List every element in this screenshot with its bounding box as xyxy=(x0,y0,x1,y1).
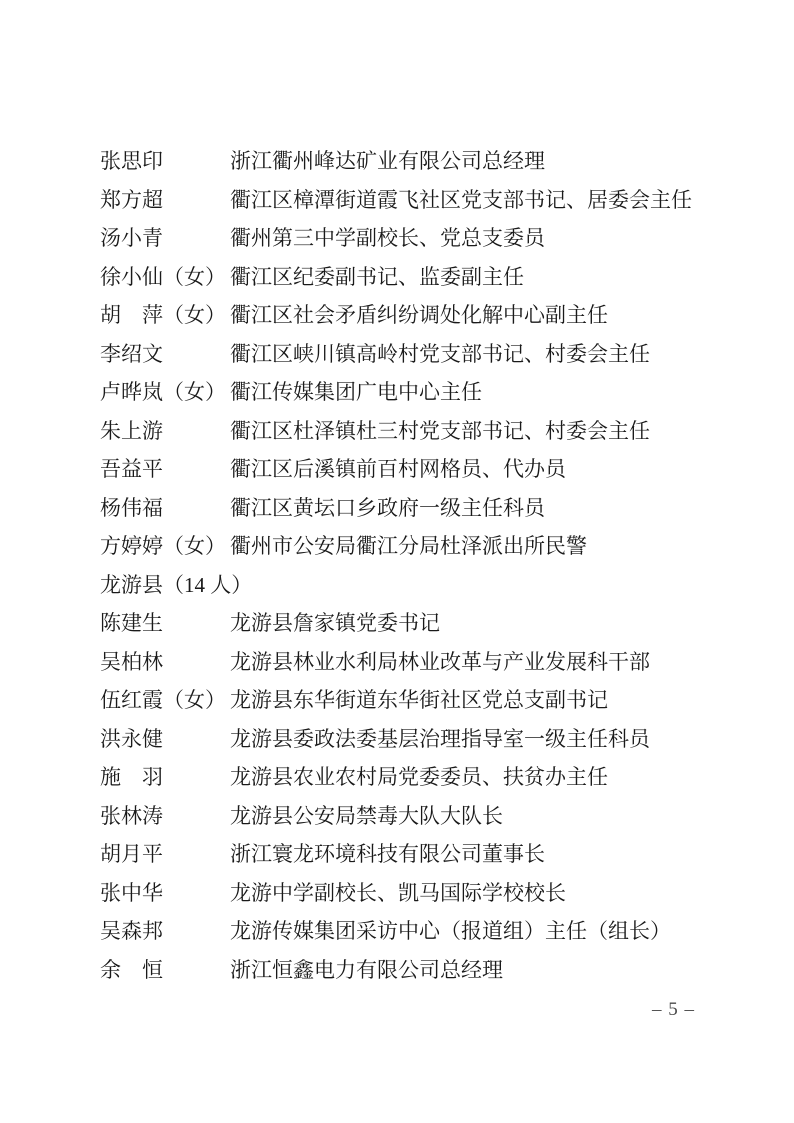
awardee-name: 吴柏林 xyxy=(100,643,230,682)
awardee-name: 吾益平 xyxy=(100,450,230,489)
awardee-title: 浙江衢州峰达矿业有限公司总经理 xyxy=(230,142,720,181)
county-section-label: 龙游县（14 人） xyxy=(100,566,252,605)
awardee-name: 朱上游 xyxy=(100,412,230,451)
awardee-name: 伍红霞（女） xyxy=(100,681,230,720)
awardee-name-text: 吴柏林 xyxy=(100,650,163,674)
awardee-name: 卢晔岚（女） xyxy=(100,373,230,412)
awardee-name-text: 吴森邦 xyxy=(100,919,163,943)
awardee-row: 朱上游衢江区杜泽镇杜三村党支部书记、村委会主任 xyxy=(100,412,720,451)
awardee-name-text: 方婷婷 xyxy=(100,534,163,558)
awardee-row: 张思印浙江衢州峰达矿业有限公司总经理 xyxy=(100,142,720,181)
awardee-row: 伍红霞（女）龙游县东华街道东华街社区党总支副书记 xyxy=(100,681,720,720)
awardee-name: 郑方超 xyxy=(100,181,230,220)
awardee-name: 吴森邦 xyxy=(100,912,230,951)
awardee-name-text: 徐小仙 xyxy=(100,265,163,289)
awardee-name-text: 张中华 xyxy=(100,881,163,905)
awardee-row: 杨伟福衢江区黄坛口乡政府一级主任科员 xyxy=(100,489,720,528)
county-section-header: 龙游县（14 人） xyxy=(100,566,720,605)
awardee-title: 衢江区樟潭街道霞飞社区党支部书记、居委会主任 xyxy=(230,181,720,220)
awardee-title: 龙游县公安局禁毒大队大队长 xyxy=(230,797,720,836)
awardee-title: 衢江区杜泽镇杜三村党支部书记、村委会主任 xyxy=(230,412,720,451)
awardee-title: 衢州市公安局衢江分局杜泽派出所民警 xyxy=(230,527,720,566)
awardee-row: 胡月平浙江寰龙环境科技有限公司董事长 xyxy=(100,835,720,874)
awardee-name-text: 张思印 xyxy=(100,149,163,173)
awardee-row: 徐小仙（女）衢江区纪委副书记、监委副主任 xyxy=(100,258,720,297)
awardee-name-text: 李绍文 xyxy=(100,342,163,366)
awardee-title: 衢江传媒集团广电中心主任 xyxy=(230,373,720,412)
awardee-name-text: 余 恒 xyxy=(100,958,163,982)
awardee-title: 龙游县委政法委基层治理指导室一级主任科员 xyxy=(230,720,720,759)
awardee-title: 衢江区峡川镇高岭村党支部书记、村委会主任 xyxy=(230,335,720,374)
awardee-row: 胡 萍（女）衢江区社会矛盾纠纷调处化解中心副主任 xyxy=(100,296,720,335)
awardee-gender-suffix: （女） xyxy=(163,688,226,712)
awardee-name-text: 郑方超 xyxy=(100,188,163,212)
awardee-title: 衢州第三中学副校长、党总支委员 xyxy=(230,219,720,258)
awardee-name-text: 朱上游 xyxy=(100,419,163,443)
awardee-name-text: 胡 萍 xyxy=(100,303,163,327)
awardee-row: 郑方超衢江区樟潭街道霞飞社区党支部书记、居委会主任 xyxy=(100,181,720,220)
awardee-row: 洪永健龙游县委政法委基层治理指导室一级主任科员 xyxy=(100,720,720,759)
document-page: 张思印浙江衢州峰达矿业有限公司总经理郑方超衢江区樟潭街道霞飞社区党支部书记、居委… xyxy=(0,0,794,1123)
awardee-row: 方婷婷（女）衢州市公安局衢江分局杜泽派出所民警 xyxy=(100,527,720,566)
awardee-name: 施 羽 xyxy=(100,758,230,797)
awardee-row: 张林涛龙游县公安局禁毒大队大队长 xyxy=(100,797,720,836)
awardee-name: 李绍文 xyxy=(100,335,230,374)
awardee-row: 吴森邦龙游传媒集团采访中心（报道组）主任（组长） xyxy=(100,912,720,951)
awardee-name-text: 杨伟福 xyxy=(100,496,163,520)
awardee-row: 汤小青衢州第三中学副校长、党总支委员 xyxy=(100,219,720,258)
awardee-row: 吾益平衢江区后溪镇前百村网格员、代办员 xyxy=(100,450,720,489)
awardee-title: 衢江区社会矛盾纠纷调处化解中心副主任 xyxy=(230,296,720,335)
awardee-title: 龙游传媒集团采访中心（报道组）主任（组长） xyxy=(230,912,720,951)
awardee-row: 吴柏林龙游县林业水利局林业改革与产业发展科干部 xyxy=(100,643,720,682)
awardee-title: 浙江寰龙环境科技有限公司董事长 xyxy=(230,835,720,874)
awardee-name-text: 施 羽 xyxy=(100,765,163,789)
awardee-list: 张思印浙江衢州峰达矿业有限公司总经理郑方超衢江区樟潭街道霞飞社区党支部书记、居委… xyxy=(100,142,720,989)
awardee-name: 张中华 xyxy=(100,874,230,913)
awardee-title: 龙游中学副校长、凯马国际学校校长 xyxy=(230,874,720,913)
awardee-gender-suffix: （女） xyxy=(163,534,226,558)
awardee-row: 施 羽龙游县农业农村局党委委员、扶贫办主任 xyxy=(100,758,720,797)
awardee-name: 陈建生 xyxy=(100,604,230,643)
awardee-title: 衢江区纪委副书记、监委副主任 xyxy=(230,258,720,297)
awardee-row: 陈建生龙游县詹家镇党委书记 xyxy=(100,604,720,643)
awardee-title: 衢江区后溪镇前百村网格员、代办员 xyxy=(230,450,720,489)
awardee-name: 杨伟福 xyxy=(100,489,230,528)
awardee-name: 徐小仙（女） xyxy=(100,258,230,297)
awardee-name-text: 陈建生 xyxy=(100,611,163,635)
awardee-row: 李绍文衢江区峡川镇高岭村党支部书记、村委会主任 xyxy=(100,335,720,374)
awardee-gender-suffix: （女） xyxy=(163,265,226,289)
awardee-row: 卢晔岚（女）衢江传媒集团广电中心主任 xyxy=(100,373,720,412)
awardee-name-text: 汤小青 xyxy=(100,226,163,250)
awardee-title: 龙游县东华街道东华街社区党总支副书记 xyxy=(230,681,720,720)
awardee-name: 余 恒 xyxy=(100,951,230,990)
page-number: – 5 – xyxy=(652,997,695,1023)
awardee-name: 洪永健 xyxy=(100,720,230,759)
awardee-name-text: 胡月平 xyxy=(100,842,163,866)
awardee-name: 方婷婷（女） xyxy=(100,527,230,566)
awardee-title: 衢江区黄坛口乡政府一级主任科员 xyxy=(230,489,720,528)
awardee-row: 余 恒浙江恒鑫电力有限公司总经理 xyxy=(100,951,720,990)
awardee-title: 龙游县林业水利局林业改革与产业发展科干部 xyxy=(230,643,720,682)
awardee-title: 龙游县农业农村局党委委员、扶贫办主任 xyxy=(230,758,720,797)
awardee-name-text: 吾益平 xyxy=(100,457,163,481)
awardee-gender-suffix: （女） xyxy=(163,303,226,327)
awardee-name: 张思印 xyxy=(100,142,230,181)
awardee-name: 胡 萍（女） xyxy=(100,296,230,335)
awardee-gender-suffix: （女） xyxy=(163,380,226,404)
awardee-title: 浙江恒鑫电力有限公司总经理 xyxy=(230,951,720,990)
awardee-name-text: 卢晔岚 xyxy=(100,380,163,404)
awardee-name: 汤小青 xyxy=(100,219,230,258)
awardee-name: 张林涛 xyxy=(100,797,230,836)
awardee-name-text: 张林涛 xyxy=(100,804,163,828)
awardee-title: 龙游县詹家镇党委书记 xyxy=(230,604,720,643)
awardee-row: 张中华龙游中学副校长、凯马国际学校校长 xyxy=(100,874,720,913)
awardee-name: 胡月平 xyxy=(100,835,230,874)
awardee-name-text: 伍红霞 xyxy=(100,688,163,712)
awardee-name-text: 洪永健 xyxy=(100,727,163,751)
